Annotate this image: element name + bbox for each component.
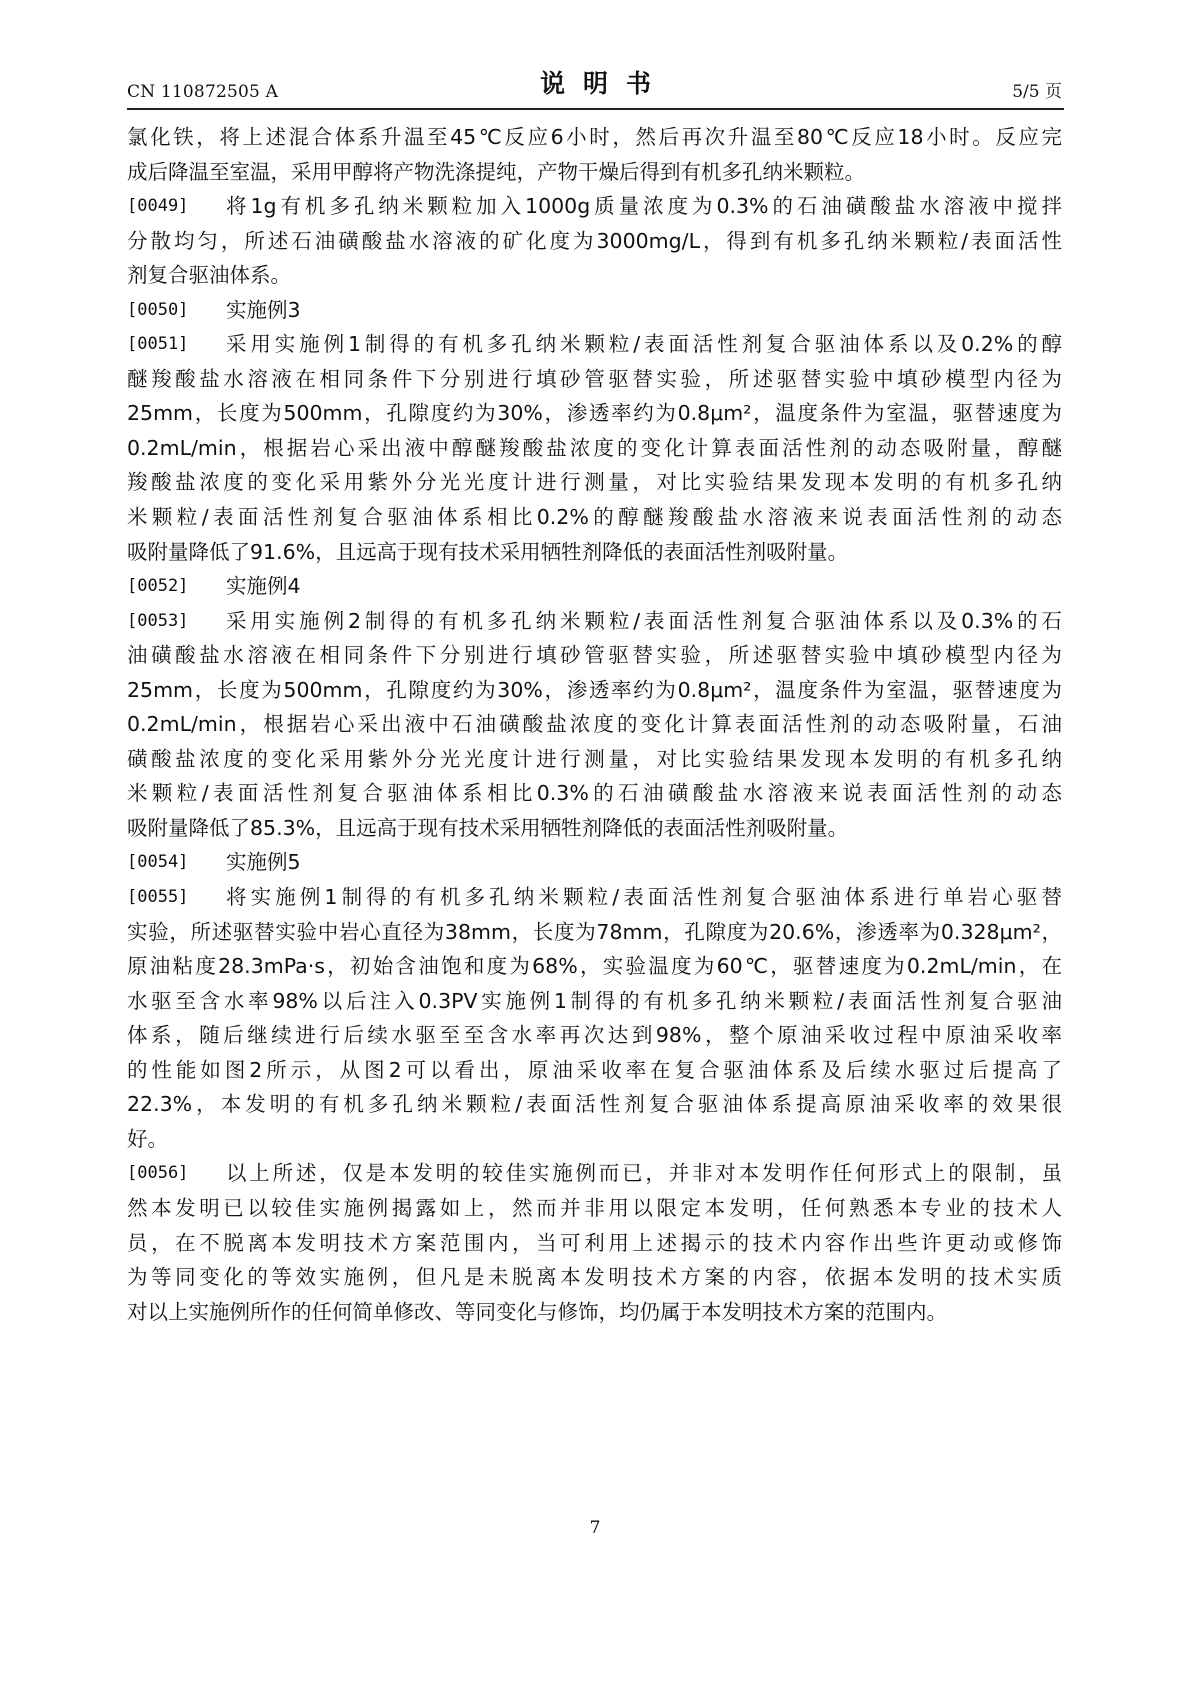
- text-line: 好。: [127, 1122, 1062, 1157]
- paragraph-text: 实施例4: [226, 569, 1062, 604]
- text-line: 醚羧酸盐水溶液在相同条件下分别进行填砂管驱替实验，所述驱替实验中填砂模型内径为: [127, 362, 1062, 397]
- text-line: 水驱至含水率98%以后注入0.3PV实施例1制得的有机多孔纳米颗粒/表面活性剂复…: [127, 984, 1062, 1019]
- paragraph-number: [0052]: [127, 569, 226, 604]
- page-indicator: 5/5 页: [1012, 77, 1062, 102]
- text-line: 原油粘度28.3mPa·s，初始含油饱和度为68%，实验温度为60℃，驱替速度为…: [127, 949, 1062, 984]
- paragraph-0054: [0054]实施例5: [127, 845, 1062, 880]
- text-line: 为等同变化的等效实施例，但凡是未脱离本发明技术方案的内容，依据本发明的技术实质: [127, 1260, 1062, 1295]
- text-line: 氯化铁，将上述混合体系升温至45℃反应6小时，然后再次升温至80℃反应18小时。…: [127, 120, 1062, 155]
- text-line: 分散均匀，所述石油磺酸盐水溶液的矿化度为3000mg/L，得到有机多孔纳米颗粒/…: [127, 224, 1062, 259]
- paragraph-continuation: 氯化铁，将上述混合体系升温至45℃反应6小时，然后再次升温至80℃反应18小时。…: [127, 120, 1062, 189]
- text-line: [0050]实施例3: [127, 293, 1062, 328]
- text-line: 米颗粒/表面活性剂复合驱油体系相比0.2%的醇醚羧酸盐水溶液来说表面活性剂的动态: [127, 500, 1062, 535]
- paragraph-text: 采用实施例2制得的有机多孔纳米颗粒/表面活性剂复合驱油体系以及0.3%的石: [226, 604, 1062, 639]
- text-line: 体系，随后继续进行后续水驱至至含水率再次达到98%，整个原油采收过程中原油采收率: [127, 1018, 1062, 1053]
- text-line: 25mm，长度为500mm，孔隙度约为30%，渗透率约为0.8μm²，温度条件为…: [127, 396, 1062, 431]
- text-line: 剂复合驱油体系。: [127, 258, 1062, 293]
- text-line: [0052]实施例4: [127, 569, 1062, 604]
- text-line: 0.2mL/min，根据岩心采出液中石油磺酸盐浓度的变化计算表面活性剂的动态吸附…: [127, 707, 1062, 742]
- text-line: 米颗粒/表面活性剂复合驱油体系相比0.3%的石油磺酸盐水溶液来说表面活性剂的动态: [127, 776, 1062, 811]
- paragraph-0053: [0053]采用实施例2制得的有机多孔纳米颗粒/表面活性剂复合驱油体系以及0.3…: [127, 604, 1062, 846]
- page-header: CN 110872505 A 说明书 5/5 页: [127, 70, 1064, 110]
- paragraph-text: 实施例3: [226, 293, 1062, 328]
- paragraph-number: [0056]: [127, 1156, 226, 1191]
- text-line: 25mm，长度为500mm，孔隙度约为30%，渗透率约为0.8μm²，温度条件为…: [127, 673, 1062, 708]
- document-body: 氯化铁，将上述混合体系升温至45℃反应6小时，然后再次升温至80℃反应18小时。…: [127, 120, 1062, 1329]
- text-line: 的性能如图2所示，从图2可以看出，原油采收率在复合驱油体系及后续水驱过后提高了: [127, 1053, 1062, 1088]
- text-line: [0051]采用实施例1制得的有机多孔纳米颗粒/表面活性剂复合驱油体系以及0.2…: [127, 327, 1062, 362]
- paragraph-text: 实施例5: [226, 845, 1062, 880]
- paragraph-number: [0054]: [127, 845, 226, 880]
- paragraph-number: [0053]: [127, 604, 226, 639]
- paragraph-0051: [0051]采用实施例1制得的有机多孔纳米颗粒/表面活性剂复合驱油体系以及0.2…: [127, 327, 1062, 569]
- text-line: [0054]实施例5: [127, 845, 1062, 880]
- text-line: [0053]采用实施例2制得的有机多孔纳米颗粒/表面活性剂复合驱油体系以及0.3…: [127, 604, 1062, 639]
- text-line: 然本发明已以较佳实施例揭露如上，然而并非用以限定本发明，任何熟悉本专业的技术人: [127, 1191, 1062, 1226]
- text-line: 油磺酸盐水溶液在相同条件下分别进行填砂管驱替实验，所述驱替实验中填砂模型内径为: [127, 638, 1062, 673]
- text-line: 对以上实施例所作的任何简单修改、等同变化与修饰，均仍属于本发明技术方案的范围内。: [127, 1295, 1062, 1330]
- text-line: 22.3%，本发明的有机多孔纳米颗粒/表面活性剂复合驱油体系提高原油采收率的效果…: [127, 1087, 1062, 1122]
- text-line: 0.2mL/min，根据岩心采出液中醇醚羧酸盐浓度的变化计算表面活性剂的动态吸附…: [127, 431, 1062, 466]
- paragraph-text: 将1g有机多孔纳米颗粒加入1000g质量浓度为0.3%的石油磺酸盐水溶液中搅拌: [226, 189, 1062, 224]
- paragraph-text: 采用实施例1制得的有机多孔纳米颗粒/表面活性剂复合驱油体系以及0.2%的醇: [226, 327, 1062, 362]
- paragraph-0050: [0050]实施例3: [127, 293, 1062, 328]
- text-line: 成后降温至室温，采用甲醇将产物洗涤提纯，产物干燥后得到有机多孔纳米颗粒。: [127, 155, 1062, 190]
- text-line: 员，在不脱离本发明技术方案范围内，当可利用上述揭示的技术内容作出些许更动或修饰: [127, 1226, 1062, 1261]
- paragraph-text: 以上所述，仅是本发明的较佳实施例而已，并非对本发明作任何形式上的限制，虽: [226, 1156, 1062, 1191]
- document-title: 说明书: [127, 64, 1064, 100]
- paragraph-number: [0050]: [127, 293, 226, 328]
- text-line: 实验，所述驱替实验中岩心直径为38mm，长度为78mm，孔隙度为20.6%，渗透…: [127, 915, 1062, 950]
- paragraph-0052: [0052]实施例4: [127, 569, 1062, 604]
- paragraph-text: 将实施例1制得的有机多孔纳米颗粒/表面活性剂复合驱油体系进行单岩心驱替: [226, 880, 1062, 915]
- paragraph-number: [0055]: [127, 880, 226, 915]
- paragraph-0049: [0049]将1g有机多孔纳米颗粒加入1000g质量浓度为0.3%的石油磺酸盐水…: [127, 189, 1062, 293]
- paragraph-0055: [0055]将实施例1制得的有机多孔纳米颗粒/表面活性剂复合驱油体系进行单岩心驱…: [127, 880, 1062, 1156]
- text-line: [0055]将实施例1制得的有机多孔纳米颗粒/表面活性剂复合驱油体系进行单岩心驱…: [127, 880, 1062, 915]
- text-line: 吸附量降低了91.6%，且远高于现有技术采用牺牲剂降低的表面活性剂吸附量。: [127, 535, 1062, 570]
- text-line: 羧酸盐浓度的变化采用紫外分光光度计进行测量，对比实验结果发现本发明的有机多孔纳: [127, 465, 1062, 500]
- text-line: [0056]以上所述，仅是本发明的较佳实施例而已，并非对本发明作任何形式上的限制…: [127, 1156, 1062, 1191]
- paragraph-0056: [0056]以上所述，仅是本发明的较佳实施例而已，并非对本发明作任何形式上的限制…: [127, 1156, 1062, 1329]
- paragraph-number: [0051]: [127, 327, 226, 362]
- text-line: 吸附量降低了85.3%，且远高于现有技术采用牺牲剂降低的表面活性剂吸附量。: [127, 811, 1062, 846]
- text-line: [0049]将1g有机多孔纳米颗粒加入1000g质量浓度为0.3%的石油磺酸盐水…: [127, 189, 1062, 224]
- paragraph-number: [0049]: [127, 189, 226, 224]
- page-number: 7: [0, 1518, 1190, 1538]
- text-line: 磺酸盐浓度的变化采用紫外分光光度计进行测量，对比实验结果发现本发明的有机多孔纳: [127, 742, 1062, 777]
